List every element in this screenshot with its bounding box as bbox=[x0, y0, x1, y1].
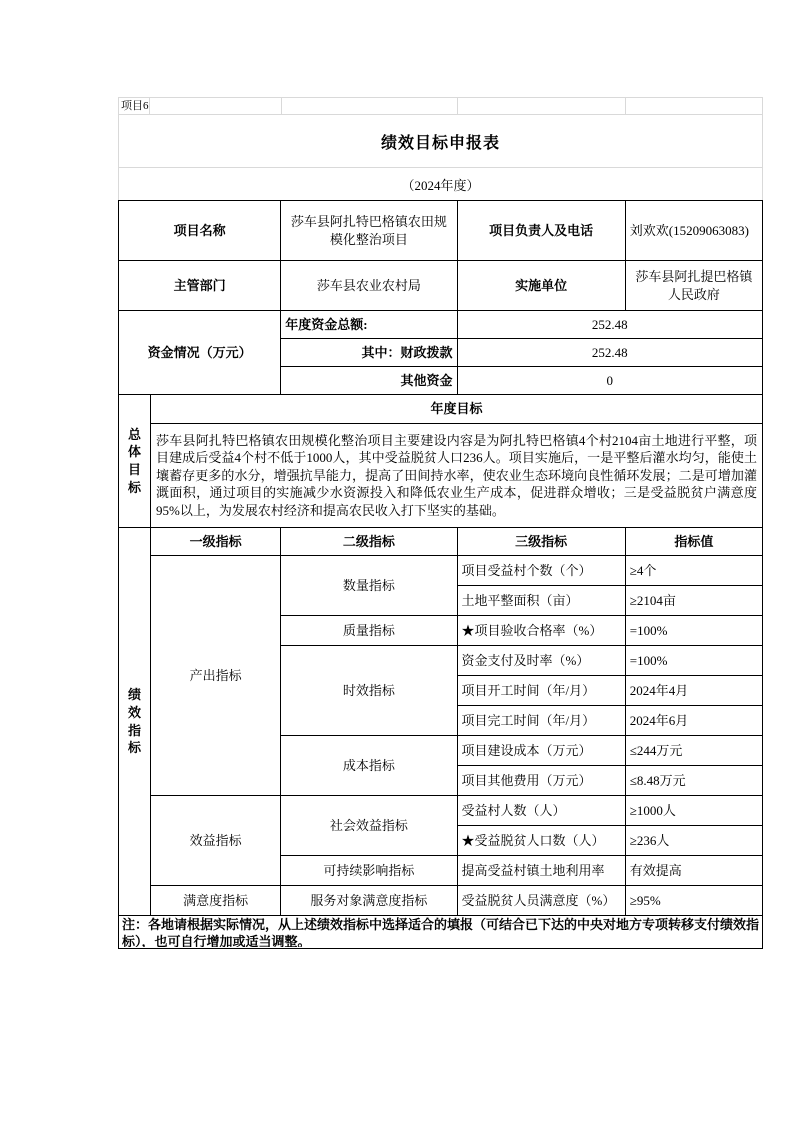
page-subtitle: （2024年度） bbox=[118, 168, 763, 200]
table-row: 产出指标 数量指标 项目受益村个数（个） ≥4个 bbox=[119, 556, 763, 586]
table-row: 主管部门 莎车县农业农村局 实施单位 莎车县阿扎提巴格镇人民政府 bbox=[119, 261, 763, 311]
indicator-value: =100% bbox=[625, 646, 762, 676]
indicator-name: ★受益脱贫人口数（人） bbox=[457, 826, 625, 856]
funding-total-value: 252.48 bbox=[457, 311, 762, 339]
leader-label: 项目负责人及电话 bbox=[457, 201, 625, 261]
annual-goal-header: 年度目标 bbox=[151, 395, 763, 424]
empty-grid-cell bbox=[150, 97, 282, 115]
table-row: 满意度指标 服务对象满意度指标 受益脱贫人员满意度（%） ≥95% bbox=[119, 886, 763, 916]
table-row: 项目名称 莎车县阿扎特巴格镇农田规模化整治项目 项目负责人及电话 刘欢欢(152… bbox=[119, 201, 763, 261]
indicator-name: 项目受益村个数（个） bbox=[457, 556, 625, 586]
project-name-value: 莎车县阿扎特巴格镇农田规模化整治项目 bbox=[281, 201, 457, 261]
overall-goal-label-line1: 总体 bbox=[123, 426, 146, 461]
dept-value: 莎车县农业农村局 bbox=[281, 261, 457, 311]
header-level2: 二级指标 bbox=[281, 528, 457, 556]
spreadsheet-grid-row: 项目6 bbox=[118, 97, 763, 115]
indicator-name: 项目开工时间（年/月） bbox=[457, 676, 625, 706]
indicator-value: ≥2104亩 bbox=[625, 586, 762, 616]
indicator-name: 提高受益村镇土地利用率 bbox=[457, 856, 625, 886]
table-row: 注：各地请根据实际情况，从上述绩效指标中选择适合的填报（可结合已下达的中央对地方… bbox=[119, 916, 763, 949]
funding-fiscal-value: 252.48 bbox=[457, 339, 762, 367]
indicator-value: =100% bbox=[625, 616, 762, 646]
indicator-value: 有效提高 bbox=[625, 856, 762, 886]
dept-label: 主管部门 bbox=[119, 261, 281, 311]
indicator-name: 受益村人数（人） bbox=[457, 796, 625, 826]
indicators-label-line1: 绩效 bbox=[123, 686, 146, 721]
leader-value: 刘欢欢(15209063083) bbox=[625, 201, 762, 261]
indicator-value: ≥95% bbox=[625, 886, 762, 916]
level1-benefit: 效益指标 bbox=[151, 796, 281, 886]
indicator-value: 2024年4月 bbox=[625, 676, 762, 706]
level2-social-benefit: 社会效益指标 bbox=[281, 796, 457, 856]
impl-label: 实施单位 bbox=[457, 261, 625, 311]
indicator-name: 项目建设成本（万元） bbox=[457, 736, 625, 766]
level2-timeliness: 时效指标 bbox=[281, 646, 457, 736]
indicator-value: ≤244万元 bbox=[625, 736, 762, 766]
indicator-name: ★项目验收合格率（%） bbox=[457, 616, 625, 646]
level2-service-satisfaction: 服务对象满意度指标 bbox=[281, 886, 457, 916]
table-row: 效益指标 社会效益指标 受益村人数（人） ≥1000人 bbox=[119, 796, 763, 826]
funding-total-label: 年度资金总额: bbox=[281, 311, 457, 339]
header-level3: 三级指标 bbox=[457, 528, 625, 556]
indicator-value: 2024年6月 bbox=[625, 706, 762, 736]
funding-fiscal-label: 其中：财政拨款 bbox=[281, 339, 457, 367]
indicator-value: ≥236人 bbox=[625, 826, 762, 856]
empty-grid-cell bbox=[458, 97, 626, 115]
header-level1: 一级指标 bbox=[151, 528, 281, 556]
level1-satisfaction: 满意度指标 bbox=[151, 886, 281, 916]
indicator-value: ≥1000人 bbox=[625, 796, 762, 826]
empty-grid-cell bbox=[282, 97, 458, 115]
level1-output: 产出指标 bbox=[151, 556, 281, 796]
level2-quantity: 数量指标 bbox=[281, 556, 457, 616]
note-row: 注：各地请根据实际情况，从上述绩效指标中选择适合的填报（可结合已下达的中央对地方… bbox=[119, 916, 763, 949]
sheet-tag: 项目6 bbox=[118, 97, 150, 115]
level2-cost: 成本指标 bbox=[281, 736, 457, 796]
declaration-form: 项目6 绩效目标申报表 （2024年度） 项目名称 莎车县阿扎特巴格镇农田规模化… bbox=[118, 97, 763, 949]
indicator-value: ≥4个 bbox=[625, 556, 762, 586]
indicator-name: 土地平整面积（亩） bbox=[457, 586, 625, 616]
performance-target-table: 项目名称 莎车县阿扎特巴格镇农田规模化整治项目 项目负责人及电话 刘欢欢(152… bbox=[118, 200, 763, 949]
level2-quality: 质量指标 bbox=[281, 616, 457, 646]
table-row: 绩效 指标 一级指标 二级指标 三级指标 指标值 bbox=[119, 528, 763, 556]
indicator-name: 资金支付及时率（%） bbox=[457, 646, 625, 676]
indicator-name: 受益脱贫人员满意度（%） bbox=[457, 886, 625, 916]
annual-goal-content: 莎车县阿扎特巴格镇农田规模化整治项目主要建设内容是为阿扎特巴格镇4个村2104亩… bbox=[151, 424, 763, 528]
indicator-name: 项目完工时间（年/月） bbox=[457, 706, 625, 736]
indicators-section-label: 绩效 指标 bbox=[119, 528, 151, 916]
indicator-value: ≤8.48万元 bbox=[625, 766, 762, 796]
note-text: 注：各地请根据实际情况，从上述绩效指标中选择适合的填报（可结合已下达的中央对地方… bbox=[122, 916, 759, 947]
impl-value: 莎车县阿扎提巴格镇人民政府 bbox=[625, 261, 762, 311]
table-row: 资金情况（万元） 年度资金总额: 252.48 bbox=[119, 311, 763, 339]
funding-other-value: 0 bbox=[457, 367, 762, 395]
header-value: 指标值 bbox=[625, 528, 762, 556]
overall-goal-label-line2: 目标 bbox=[123, 461, 146, 496]
indicators-label-line2: 指标 bbox=[123, 722, 146, 757]
page-title: 绩效目标申报表 bbox=[118, 115, 763, 168]
level2-sustainability: 可持续影响指标 bbox=[281, 856, 457, 886]
overall-goal-section-label: 总体 目标 bbox=[119, 395, 151, 528]
indicator-name: 项目其他费用（万元） bbox=[457, 766, 625, 796]
funding-section-label: 资金情况（万元） bbox=[119, 311, 281, 395]
table-row: 总体 目标 年度目标 bbox=[119, 395, 763, 424]
project-name-label: 项目名称 bbox=[119, 201, 281, 261]
funding-other-label: 其他资金 bbox=[281, 367, 457, 395]
table-row: 莎车县阿扎特巴格镇农田规模化整治项目主要建设内容是为阿扎特巴格镇4个村2104亩… bbox=[119, 424, 763, 528]
empty-grid-cell bbox=[626, 97, 763, 115]
